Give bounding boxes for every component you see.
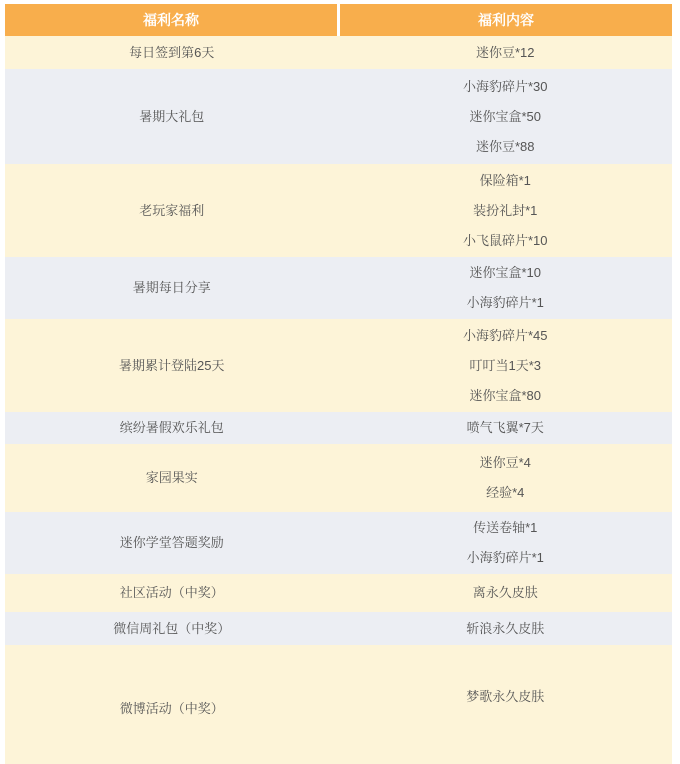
benefit-name: 社区活动（中奖） (5, 578, 339, 608)
benefit-name-cell: 老玩家福利 (5, 164, 339, 257)
table-row: 家园果实迷你豆*4经验*4 (5, 444, 672, 512)
header-row: 福利名称 福利内容 (5, 4, 672, 36)
benefit-item: 迷你豆*12 (339, 38, 673, 68)
benefit-item: 保险箱*1 (339, 166, 673, 196)
benefit-name: 微博活动（中奖） (5, 694, 339, 724)
table-row: 暑期每日分享迷你宝盒*10小海豹碎片*1 (5, 257, 672, 319)
benefit-content-cell: 小海豹碎片*45叮叮当1天*3迷你宝盒*80 (339, 319, 673, 412)
benefit-name: 迷你学堂答题奖励 (5, 528, 339, 558)
benefits-table: 福利名称 福利内容 每日签到第6天迷你豆*12暑期大礼包小海豹碎片*30迷你宝盒… (5, 4, 672, 764)
benefit-content-cell: 保险箱*1装扮礼封*1小飞鼠碎片*10 (339, 164, 673, 257)
benefit-name: 微信周礼包（中奖） (5, 614, 339, 644)
benefit-name-cell: 每日签到第6天 (5, 36, 339, 69)
table-header: 福利名称 福利内容 (5, 4, 672, 36)
benefit-name: 暑期累计登陆25天 (5, 351, 339, 381)
table-row: 迷你学堂答题奖励传送卷轴*1小海豹碎片*1 (5, 512, 672, 574)
benefit-name: 每日签到第6天 (5, 38, 339, 68)
table-row: 暑期累计登陆25天小海豹碎片*45叮叮当1天*3迷你宝盒*80 (5, 319, 672, 412)
table-row: 缤纷暑假欢乐礼包喷气飞翼*7天 (5, 412, 672, 444)
benefit-item: 小海豹碎片*45 (339, 321, 673, 351)
benefit-item: 梦歌永久皮肤 (339, 682, 673, 712)
benefit-name-cell: 暑期每日分享 (5, 257, 339, 319)
benefit-item: 迷你豆*88 (339, 132, 673, 162)
benefit-item: 迷你宝盒*10 (339, 258, 673, 288)
benefit-name-cell: 缤纷暑假欢乐礼包 (5, 412, 339, 444)
benefit-item: 迷你宝盒*50 (339, 102, 673, 132)
benefit-content-cell: 小海豹碎片*30迷你宝盒*50迷你豆*88 (339, 69, 673, 164)
page: 福利名称 福利内容 每日签到第6天迷你豆*12暑期大礼包小海豹碎片*30迷你宝盒… (0, 0, 680, 754)
table-row: 微博活动（中奖）梦歌永久皮肤 (5, 645, 672, 764)
benefit-name-cell: 家园果实 (5, 444, 339, 512)
table-row: 社区活动（中奖）离永久皮肤 (5, 574, 672, 612)
benefit-item: 离永久皮肤 (339, 578, 673, 608)
benefit-name-cell: 社区活动（中奖） (5, 574, 339, 612)
benefit-item: 装扮礼封*1 (339, 196, 673, 226)
table-row: 每日签到第6天迷你豆*12 (5, 36, 672, 69)
benefit-item: 叮叮当1天*3 (339, 351, 673, 381)
benefit-content-cell: 斩浪永久皮肤 (339, 612, 673, 645)
benefit-name: 暑期每日分享 (5, 273, 339, 303)
table-row: 暑期大礼包小海豹碎片*30迷你宝盒*50迷你豆*88 (5, 69, 672, 164)
benefit-content-cell: 离永久皮肤 (339, 574, 673, 612)
benefit-name: 家园果实 (5, 463, 339, 493)
table-body: 每日签到第6天迷你豆*12暑期大礼包小海豹碎片*30迷你宝盒*50迷你豆*88老… (5, 36, 672, 764)
benefit-item: 小海豹碎片*1 (339, 288, 673, 318)
benefit-item: 小飞鼠碎片*10 (339, 226, 673, 256)
benefit-item: 喷气飞翼*7天 (339, 413, 673, 443)
benefit-item: 斩浪永久皮肤 (339, 614, 673, 644)
benefit-name-cell: 暑期大礼包 (5, 69, 339, 164)
benefit-item: 小海豹碎片*30 (339, 72, 673, 102)
benefit-name: 暑期大礼包 (5, 102, 339, 132)
benefit-name-cell: 微信周礼包（中奖） (5, 612, 339, 645)
benefit-content-cell: 迷你豆*12 (339, 36, 673, 69)
benefit-item: 传送卷轴*1 (339, 513, 673, 543)
benefit-content-cell: 迷你宝盒*10小海豹碎片*1 (339, 257, 673, 319)
benefit-content-cell: 传送卷轴*1小海豹碎片*1 (339, 512, 673, 574)
benefit-content-cell: 迷你豆*4经验*4 (339, 444, 673, 512)
benefit-content-cell: 梦歌永久皮肤 (339, 645, 673, 764)
column-header-benefit-name: 福利名称 (5, 4, 339, 36)
benefit-name-cell: 迷你学堂答题奖励 (5, 512, 339, 574)
benefit-name: 缤纷暑假欢乐礼包 (5, 413, 339, 443)
benefit-name: 老玩家福利 (5, 196, 339, 226)
benefit-name-cell: 暑期累计登陆25天 (5, 319, 339, 412)
benefit-item: 小海豹碎片*1 (339, 543, 673, 573)
benefit-content-cell: 喷气飞翼*7天 (339, 412, 673, 444)
benefit-item: 迷你宝盒*80 (339, 381, 673, 411)
benefit-item: 迷你豆*4 (339, 448, 673, 478)
table-row: 老玩家福利保险箱*1装扮礼封*1小飞鼠碎片*10 (5, 164, 672, 257)
benefit-name-cell: 微博活动（中奖） (5, 645, 339, 764)
column-header-benefit-content: 福利内容 (339, 4, 673, 36)
benefit-item: 经验*4 (339, 478, 673, 508)
table-row: 微信周礼包（中奖）斩浪永久皮肤 (5, 612, 672, 645)
